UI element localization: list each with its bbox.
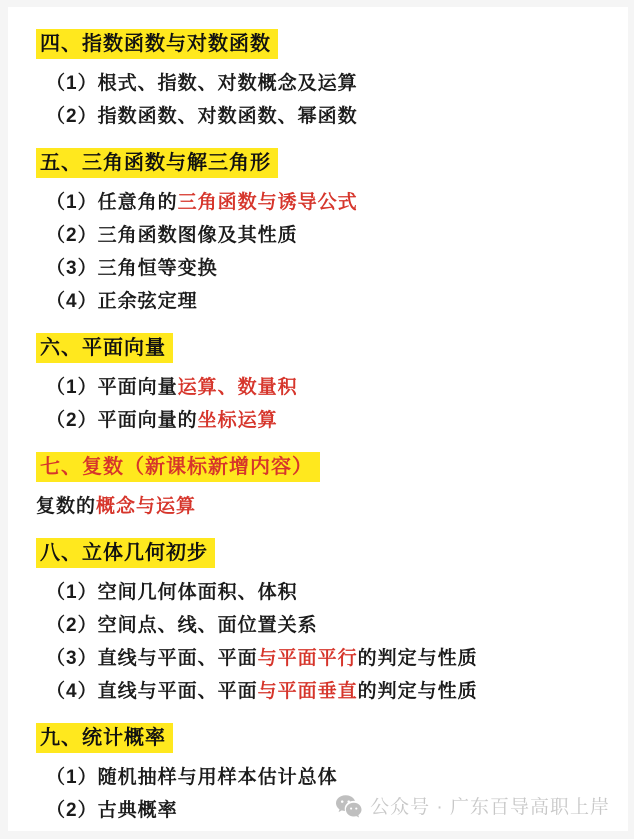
section-plane-vectors: 六、平面向量 （1）平面向量运算、数量积 （2）平面向量的坐标运算 [36,333,610,437]
text-segment: 的判定与性质 [358,681,478,702]
list-item: （2）三角函数图像及其性质 [36,219,610,252]
section-solid-geometry: 八、立体几何初步 （1）空间几何体面积、体积 （2）空间点、线、面位置关系 （3… [36,538,610,708]
text-segment: （3）三角恒等变换 [46,258,218,279]
section-exponential-log: 四、指数函数与对数函数 （1）根式、指数、对数概念及运算 （2）指数函数、对数函… [36,29,610,133]
section-heading: 四、指数函数与对数函数 [36,29,278,59]
section-trigonometry: 五、三角函数与解三角形 （1）任意角的三角函数与诱导公式 （2）三角函数图像及其… [36,148,610,318]
text-segment: （2）古典概率 [46,800,178,821]
text-segment: （4）直线与平面、平面 [46,681,258,702]
list-item: （4）直线与平面、平面与平面垂直的判定与性质 [36,675,610,708]
text-segment: （3）直线与平面、平面 [46,648,258,669]
text-segment-red: 坐标运算 [198,410,278,431]
section-complex-numbers: 七、复数（新课标新增内容） 复数的概念与运算 [36,452,610,523]
list-item: （3）三角恒等变换 [36,252,610,285]
list-item: （2）指数函数、对数函数、幂函数 [36,100,610,133]
list-item: （3）直线与平面、平面与平面平行的判定与性质 [36,642,610,675]
list-item: （1）根式、指数、对数概念及运算 [36,67,610,100]
text-segment: 的判定与性质 [358,648,478,669]
text-segment: （4）正余弦定理 [46,291,198,312]
text-segment-red: 概念与运算 [96,496,196,517]
section-heading: 九、统计概率 [36,723,173,753]
list-item: （1）空间几何体面积、体积 [36,576,610,609]
section-heading: 七、复数（新课标新增内容） [36,452,320,482]
list-item: （1）任意角的三角函数与诱导公式 [36,186,610,219]
section-heading: 六、平面向量 [36,333,173,363]
list-item: （1）随机抽样与用样本估计总体 [36,761,610,794]
section-heading: 五、三角函数与解三角形 [36,148,278,178]
wechat-icon [335,794,363,818]
text-segment-red: 三角函数与诱导公式 [178,192,358,213]
list-item: （2）空间点、线、面位置关系 [36,609,610,642]
list-item: （1）平面向量运算、数量积 [36,371,610,404]
text-segment: （1）平面向量 [46,377,178,398]
text-segment-red: 与平面垂直 [258,681,358,702]
list-item: （4）正余弦定理 [36,285,610,318]
text-segment-red: 与平面平行 [258,648,358,669]
text-segment: （1）空间几何体面积、体积 [46,582,298,603]
text-segment: （2）指数函数、对数函数、幂函数 [46,106,358,127]
list-item: （2）平面向量的坐标运算 [36,404,610,437]
text-segment-red: 运算、数量积 [178,377,298,398]
watermark-text: 公众号 · 广东百导高职上岸 [370,792,610,819]
text-segment: （2）平面向量的 [46,410,198,431]
text-segment: （1）随机抽样与用样本估计总体 [46,767,338,788]
list-item: 复数的概念与运算 [36,490,610,523]
text-segment: （1）任意角的 [46,192,178,213]
section-heading: 八、立体几何初步 [36,538,215,568]
text-segment: 复数的 [36,496,96,517]
text-segment: （1）根式、指数、对数概念及运算 [46,73,358,94]
document-page: 四、指数函数与对数函数 （1）根式、指数、对数概念及运算 （2）指数函数、对数函… [0,0,634,839]
document-content: 四、指数函数与对数函数 （1）根式、指数、对数概念及运算 （2）指数函数、对数函… [8,7,628,831]
watermark: 公众号 · 广东百导高职上岸 [335,792,610,819]
text-segment: （2）空间点、线、面位置关系 [46,615,318,636]
text-segment: （2）三角函数图像及其性质 [46,225,298,246]
